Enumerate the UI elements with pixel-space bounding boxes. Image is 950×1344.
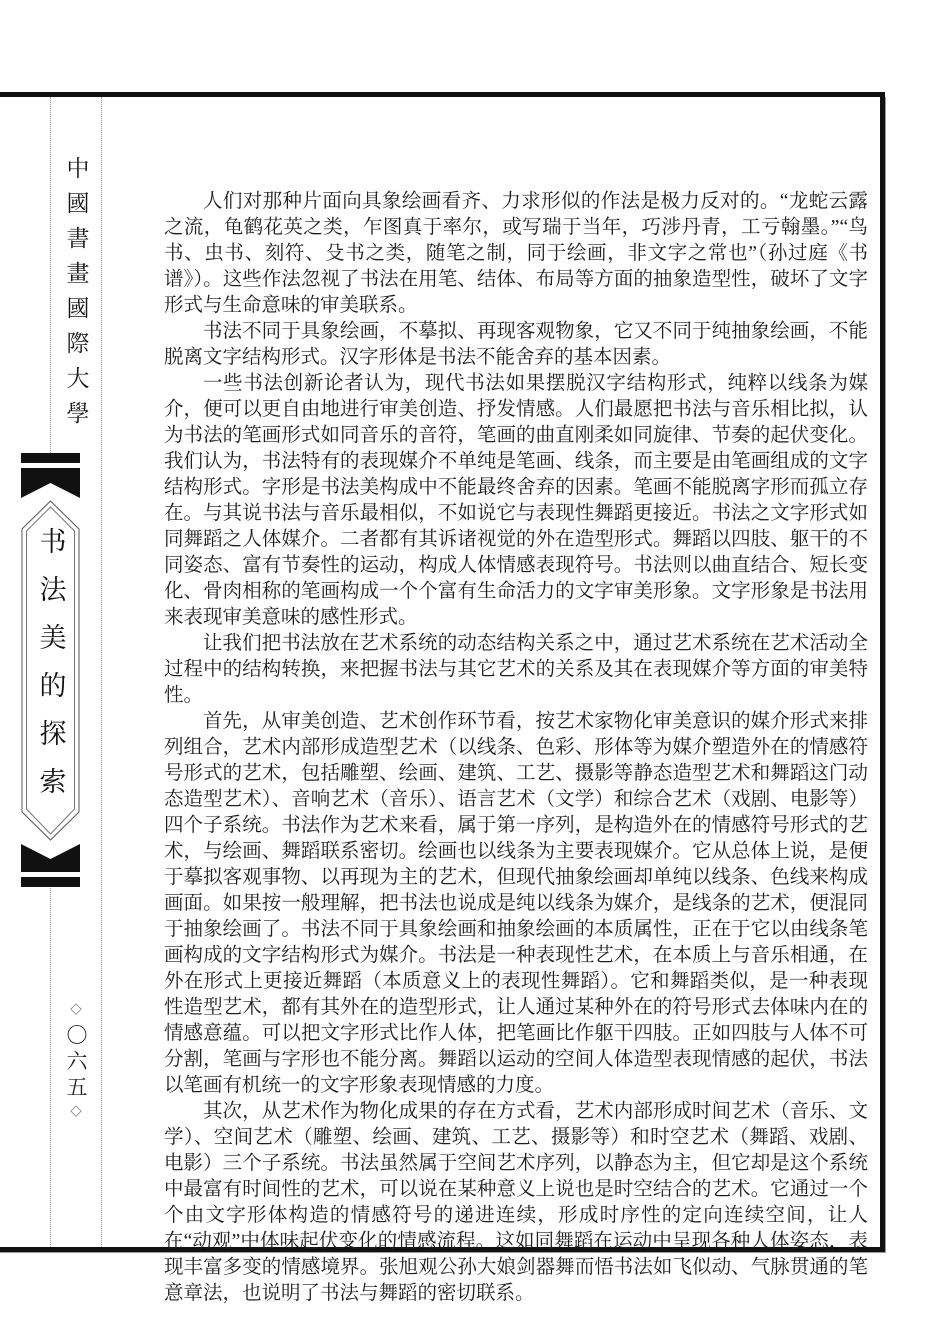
paragraph-4: 让我们把书法放在艺术系统的动态结构关系之中，通过艺术系统在艺术活动全过程中的结构…: [164, 631, 868, 709]
banner-top-bar: [21, 453, 80, 463]
paragraph-1: 人们对那种片面向具象绘画看齐、力求形似的作法是极力反对的。“龙蛇云露之流，龟鹤花…: [164, 189, 868, 319]
diamond-ornament-bottom: ◇: [70, 1104, 82, 1119]
paragraph-3: 一些书法创新论者认为，现代书法如果摆脱汉字结构形式，纯粹以线条为媒介，便可以更自…: [164, 371, 868, 631]
university-name-column: 中國書畫國際大學: [50, 156, 102, 436]
paragraph-2: 书法不同于具象绘画，不摹拟、再现客观物象，它又不同于纯抽象绘画，不能脱离文字结构…: [164, 319, 868, 371]
book-page: 中國書畫國際大學 书法美的探索 ◇ 〇六五 ◇ 人们对那种片面向具象绘画看齐、力…: [0, 0, 950, 1344]
banner-bottom-bar: [21, 877, 80, 887]
banner-top-pennant: [21, 468, 80, 498]
paragraph-6: 其次，从艺术作为物化成果的存在方式看，艺术内部形成时间艺术（音乐、文学）、空间艺…: [164, 1099, 868, 1307]
diamond-ornament-top: ◇: [70, 1002, 82, 1017]
main-text: 人们对那种片面向具象绘画看齐、力求形似的作法是极力反对的。“龙蛇云露之流，龟鹤花…: [164, 189, 868, 1307]
plaque-outer-outline: [22, 501, 79, 840]
paragraph-5: 首先，从审美创造、艺术创作环节看，按艺术家物化审美意识的媒介形式来排列组合，艺术…: [164, 709, 868, 1099]
banner-ornament-graphic: [21, 453, 81, 887]
page-number-block: ◇ 〇六五 ◇: [50, 1002, 102, 1119]
university-name: 中國書畫國際大學: [60, 156, 93, 436]
banner-bottom-pennant: [21, 844, 80, 872]
page-number: 〇六五: [61, 1024, 91, 1102]
title-banner: 书法美的探索: [21, 453, 81, 887]
